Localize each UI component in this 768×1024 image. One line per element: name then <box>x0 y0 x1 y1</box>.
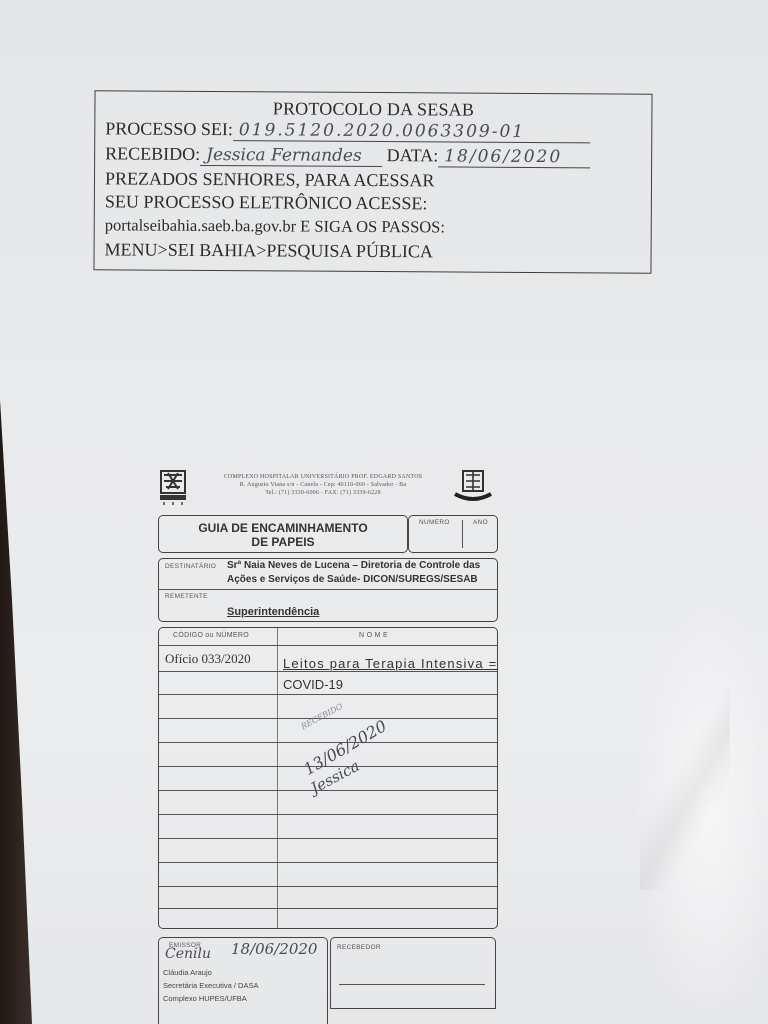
receipt-stamp-label: RECEBIDO <box>300 702 345 731</box>
form-title: GUIA DE ENCAMINHAMENTO DE PAPEIS <box>159 521 407 549</box>
remetente-label: REMETENTE <box>165 593 208 600</box>
row-line <box>159 645 497 646</box>
row-line <box>159 694 497 695</box>
emissor-date: 18/06/2020 <box>231 940 317 958</box>
institution-name: COMPLEXO HOSPITALAR UNIVERSITÁRIO PROF. … <box>200 473 446 481</box>
recebido-label: RECEBIDO: <box>105 143 200 164</box>
processo-label: PROCESSO SEI: <box>105 118 233 139</box>
institution-phone: Tel.: (71) 3339-6006 - FAX: (71) 3339-62… <box>200 489 446 497</box>
row-line <box>159 671 497 672</box>
paper-crease <box>620 560 768 1020</box>
recebedor-label: RECEBEDOR <box>337 944 381 951</box>
item-name-line1: Leitos para Terapia Intensiva = <box>283 656 497 671</box>
item-code: Ofício 033/2020 <box>165 651 251 667</box>
protocol-stamp: PROTOCOLO DA SESAB PROCESSO SEI:019.5120… <box>93 90 652 273</box>
row-line <box>159 814 497 815</box>
paper-crease <box>640 690 730 890</box>
stamp-line: portalseibahia.saeb.ba.gov.br E SIGA OS … <box>105 215 445 237</box>
processo-value: 019.5120.2020.0063309-01 <box>233 120 590 143</box>
stamp-line: PREZADOS SENHORES, PARA ACESSAR <box>105 168 435 191</box>
paper-sheet: PROTOCOLO DA SESAB PROCESSO SEI:019.5120… <box>0 0 768 1024</box>
signature-line <box>339 984 485 985</box>
column-divider <box>277 628 278 928</box>
recebido-value: Jessica Fernandes <box>200 145 382 167</box>
routing-form: COMPLEXO HOSPITALAR UNIVERSITÁRIO PROF. … <box>150 465 502 1024</box>
divider <box>159 589 497 590</box>
form-title-line: DE PAPEIS <box>159 535 407 549</box>
processo-line: PROCESSO SEI:019.5120.2020.0063309-01 <box>105 118 590 143</box>
recebido-line: RECEBIDO:Jessica Fernandes DATA:18/06/20… <box>105 143 590 168</box>
destinatario-line2: Ações e Serviços de Saúde- DICON/SUREGS/… <box>227 574 478 585</box>
emissor-line: Cláudia Araujo <box>163 968 212 977</box>
destinatario-label: DESTINATÁRIO <box>165 563 216 570</box>
divider <box>462 520 463 548</box>
row-line <box>159 862 497 863</box>
emissor-line: Secretária Executiva / DASA <box>163 981 258 990</box>
hospital-crest-icon <box>452 469 494 505</box>
university-crest-icon <box>158 469 188 505</box>
item-name-line2: COVID-19 <box>283 677 343 692</box>
addressee-box: DESTINATÁRIO Srª Naia Neves de Lucena – … <box>158 558 498 622</box>
row-line <box>159 908 497 909</box>
remetente-value: Superintendência <box>227 606 319 618</box>
row-line <box>159 838 497 839</box>
form-title-box: GUIA DE ENCAMINHAMENTO DE PAPEIS <box>158 515 408 553</box>
form-header: COMPLEXO HOSPITALAR UNIVERSITÁRIO PROF. … <box>150 465 502 507</box>
stamp-line: MENU>SEI BAHIA>PESQUISA PÚBLICA <box>105 239 433 262</box>
number-year-box: NUMERO ANO <box>408 515 498 553</box>
emissor-signature: Cenilu <box>165 946 211 962</box>
institution-info: COMPLEXO HOSPITALAR UNIVERSITÁRIO PROF. … <box>200 473 446 497</box>
row-line <box>159 742 497 743</box>
institution-address: R. Augusto Viana s/n - Canela - Cep: 401… <box>200 481 446 489</box>
form-title-line: GUIA DE ENCAMINHAMENTO <box>159 521 407 535</box>
emissor-box: EMISSOR Cenilu 18/06/2020 Cláudia Araujo… <box>158 937 328 1024</box>
emissor-line: Complexo HUPES/UFBA <box>163 994 247 1003</box>
data-label: DATA: <box>387 145 439 165</box>
ano-label: ANO <box>473 519 488 526</box>
col-header-nome: N O M E <box>359 632 388 639</box>
destinatario-line1: Srª Naia Neves de Lucena – Diretoria de … <box>227 560 480 571</box>
stamp-line: SEU PROCESSO ELETRÔNICO ACESSE: <box>105 191 428 214</box>
numero-label: NUMERO <box>419 519 450 526</box>
recebedor-box: RECEBEDOR <box>330 937 496 1009</box>
items-table: CÓDIGO ou NÚMERO N O M E Ofício 033/2020… <box>158 627 498 929</box>
row-line <box>159 886 497 887</box>
col-header-codigo: CÓDIGO ou NÚMERO <box>173 632 249 639</box>
data-value: 18/06/2020 <box>438 146 590 168</box>
